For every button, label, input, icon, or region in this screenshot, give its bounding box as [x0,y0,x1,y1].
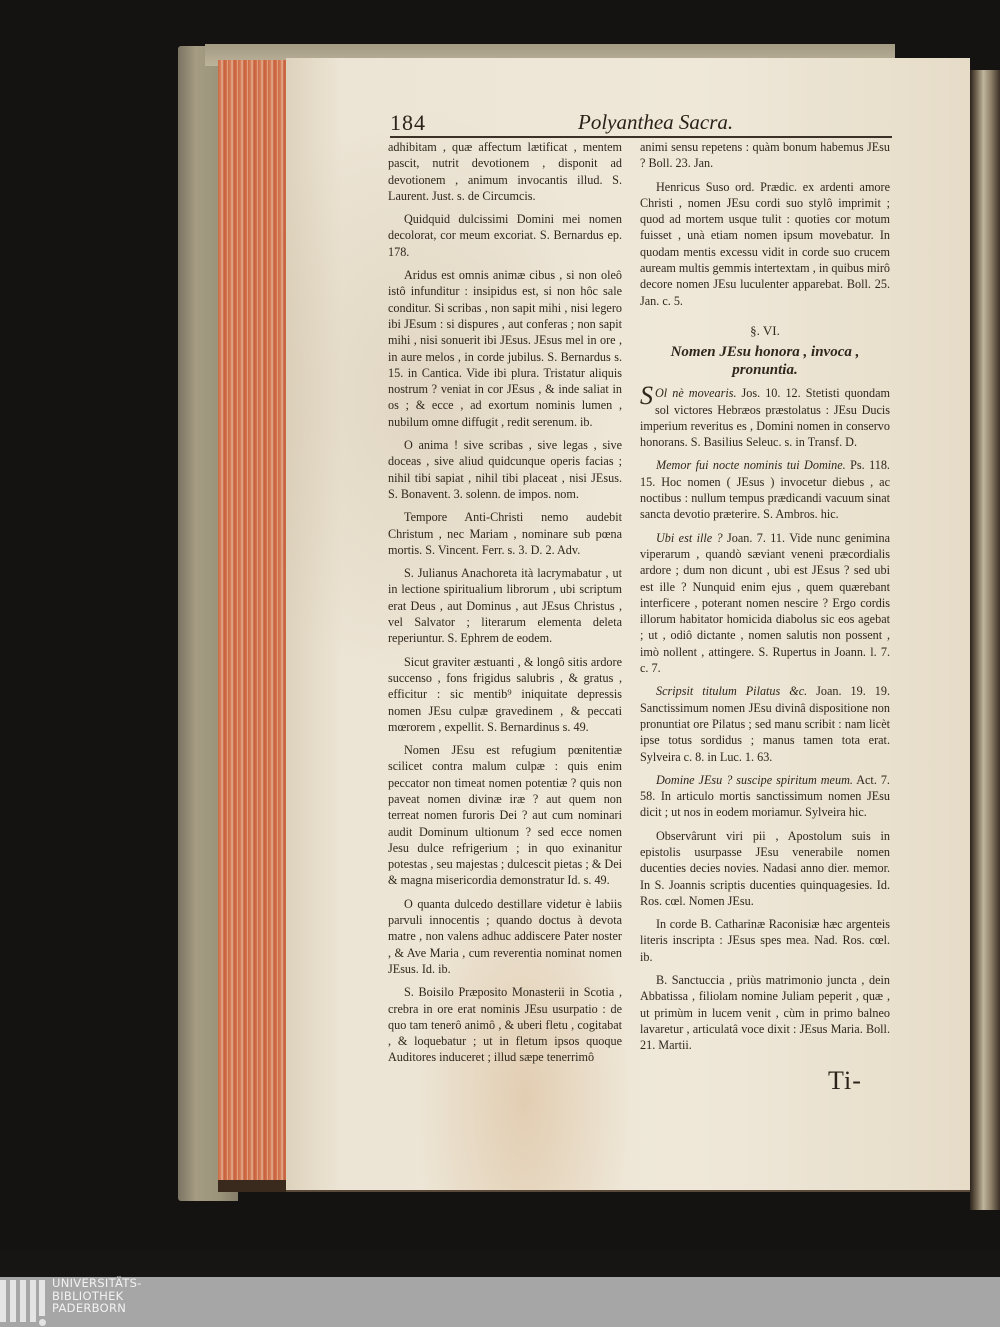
page-header: 184 Polyanthea Sacra. [390,108,890,136]
catchword: Ti- [828,1066,862,1096]
paragraph: adhibitam , quæ affectum lætificat , men… [388,139,622,204]
paragraph: Memor fui nocte nominis tui Domine. Ps. … [640,457,890,522]
paragraph: Scripsit titulum Pilatus &c. Joan. 19. 1… [640,683,890,764]
scripture-citation: Ol nè movearis. [655,386,737,400]
page-number: 184 [390,110,426,136]
drop-cap: S [640,385,653,407]
scripture-citation: Scripsit titulum Pilatus &c. [656,684,807,698]
paragraph: B. Sanctuccia , priùs matrimonio juncta … [640,972,890,1053]
paragraph: O quanta dulcedo destillare videtur è la… [388,896,622,977]
header-rule [390,136,892,138]
right-column: animi sensu repetens : quàm bonum habemu… [640,139,890,1061]
scripture-citation: Ubi est ille ? [656,531,723,545]
logo-line: UNIVERSITÄTS- [52,1277,142,1290]
scripture-citation: Domine JEsu ? suscipe spiritum meum. [656,773,853,787]
paragraph: animi sensu repetens : quàm bonum habemu… [640,139,890,172]
paragraph: Quidquid dulcissimi Domini mei nomen dec… [388,211,622,260]
paragraph: Henricus Suso ord. Prædic. ex ardenti am… [640,179,890,309]
paragraph: S. Julianus Anachoreta ità lacrymabatur … [388,565,622,646]
paragraph-first: SOl nè movearis. Jos. 10. 12. Stetisti q… [640,385,890,450]
library-logo-text: UNIVERSITÄTS- BIBLIOTHEK PADERBORN [52,1277,142,1315]
paragraph: Observârunt viri pii , Apostolum suis in… [640,828,890,909]
page-edges-red [218,60,290,1188]
section-mark: §. VI. [640,323,890,339]
scripture-citation: Memor fui nocte nominis tui Domine. [656,458,846,472]
paragraph: In corde B. Catharinæ Raconisiæ hæc arge… [640,916,890,965]
logo-line: PADERBORN [52,1302,142,1315]
paragraph: Nomen JEsu est refugium pœnitentiæ scili… [388,742,622,889]
paragraph-text: Joan. 7. 11. Vide nunc genimina viperaru… [640,531,890,675]
section-title: Nomen JEsu honora , invoca , pronuntia. [640,343,890,379]
paragraph: Domine JEsu ? suscipe spiritum meum. Act… [640,772,890,821]
paragraph: Aridus est omnis animæ cibus , si non ol… [388,267,622,430]
paragraph: S. Boisilo Præposito Monasterii in Scoti… [388,984,622,1065]
library-footer: UNIVERSITÄTS- BIBLIOTHEK PADERBORN [0,1277,1000,1327]
book-spine-right [970,70,1000,1210]
paragraph: Tempore Anti-Christi nemo audebit Christ… [388,509,622,558]
page-edges-bottom [218,1180,290,1192]
running-head: Polyanthea Sacra. [578,110,733,135]
paragraph: Ubi est ille ? Joan. 7. 11. Vide nunc ge… [640,530,890,677]
left-column: adhibitam , quæ affectum lætificat , men… [388,139,622,1073]
paragraph: O anima ! sive scribas , sive legas , si… [388,437,622,502]
library-logo-icon [0,1277,46,1327]
paragraph: Sicut graviter æstuanti , & longô sitis … [388,654,622,735]
